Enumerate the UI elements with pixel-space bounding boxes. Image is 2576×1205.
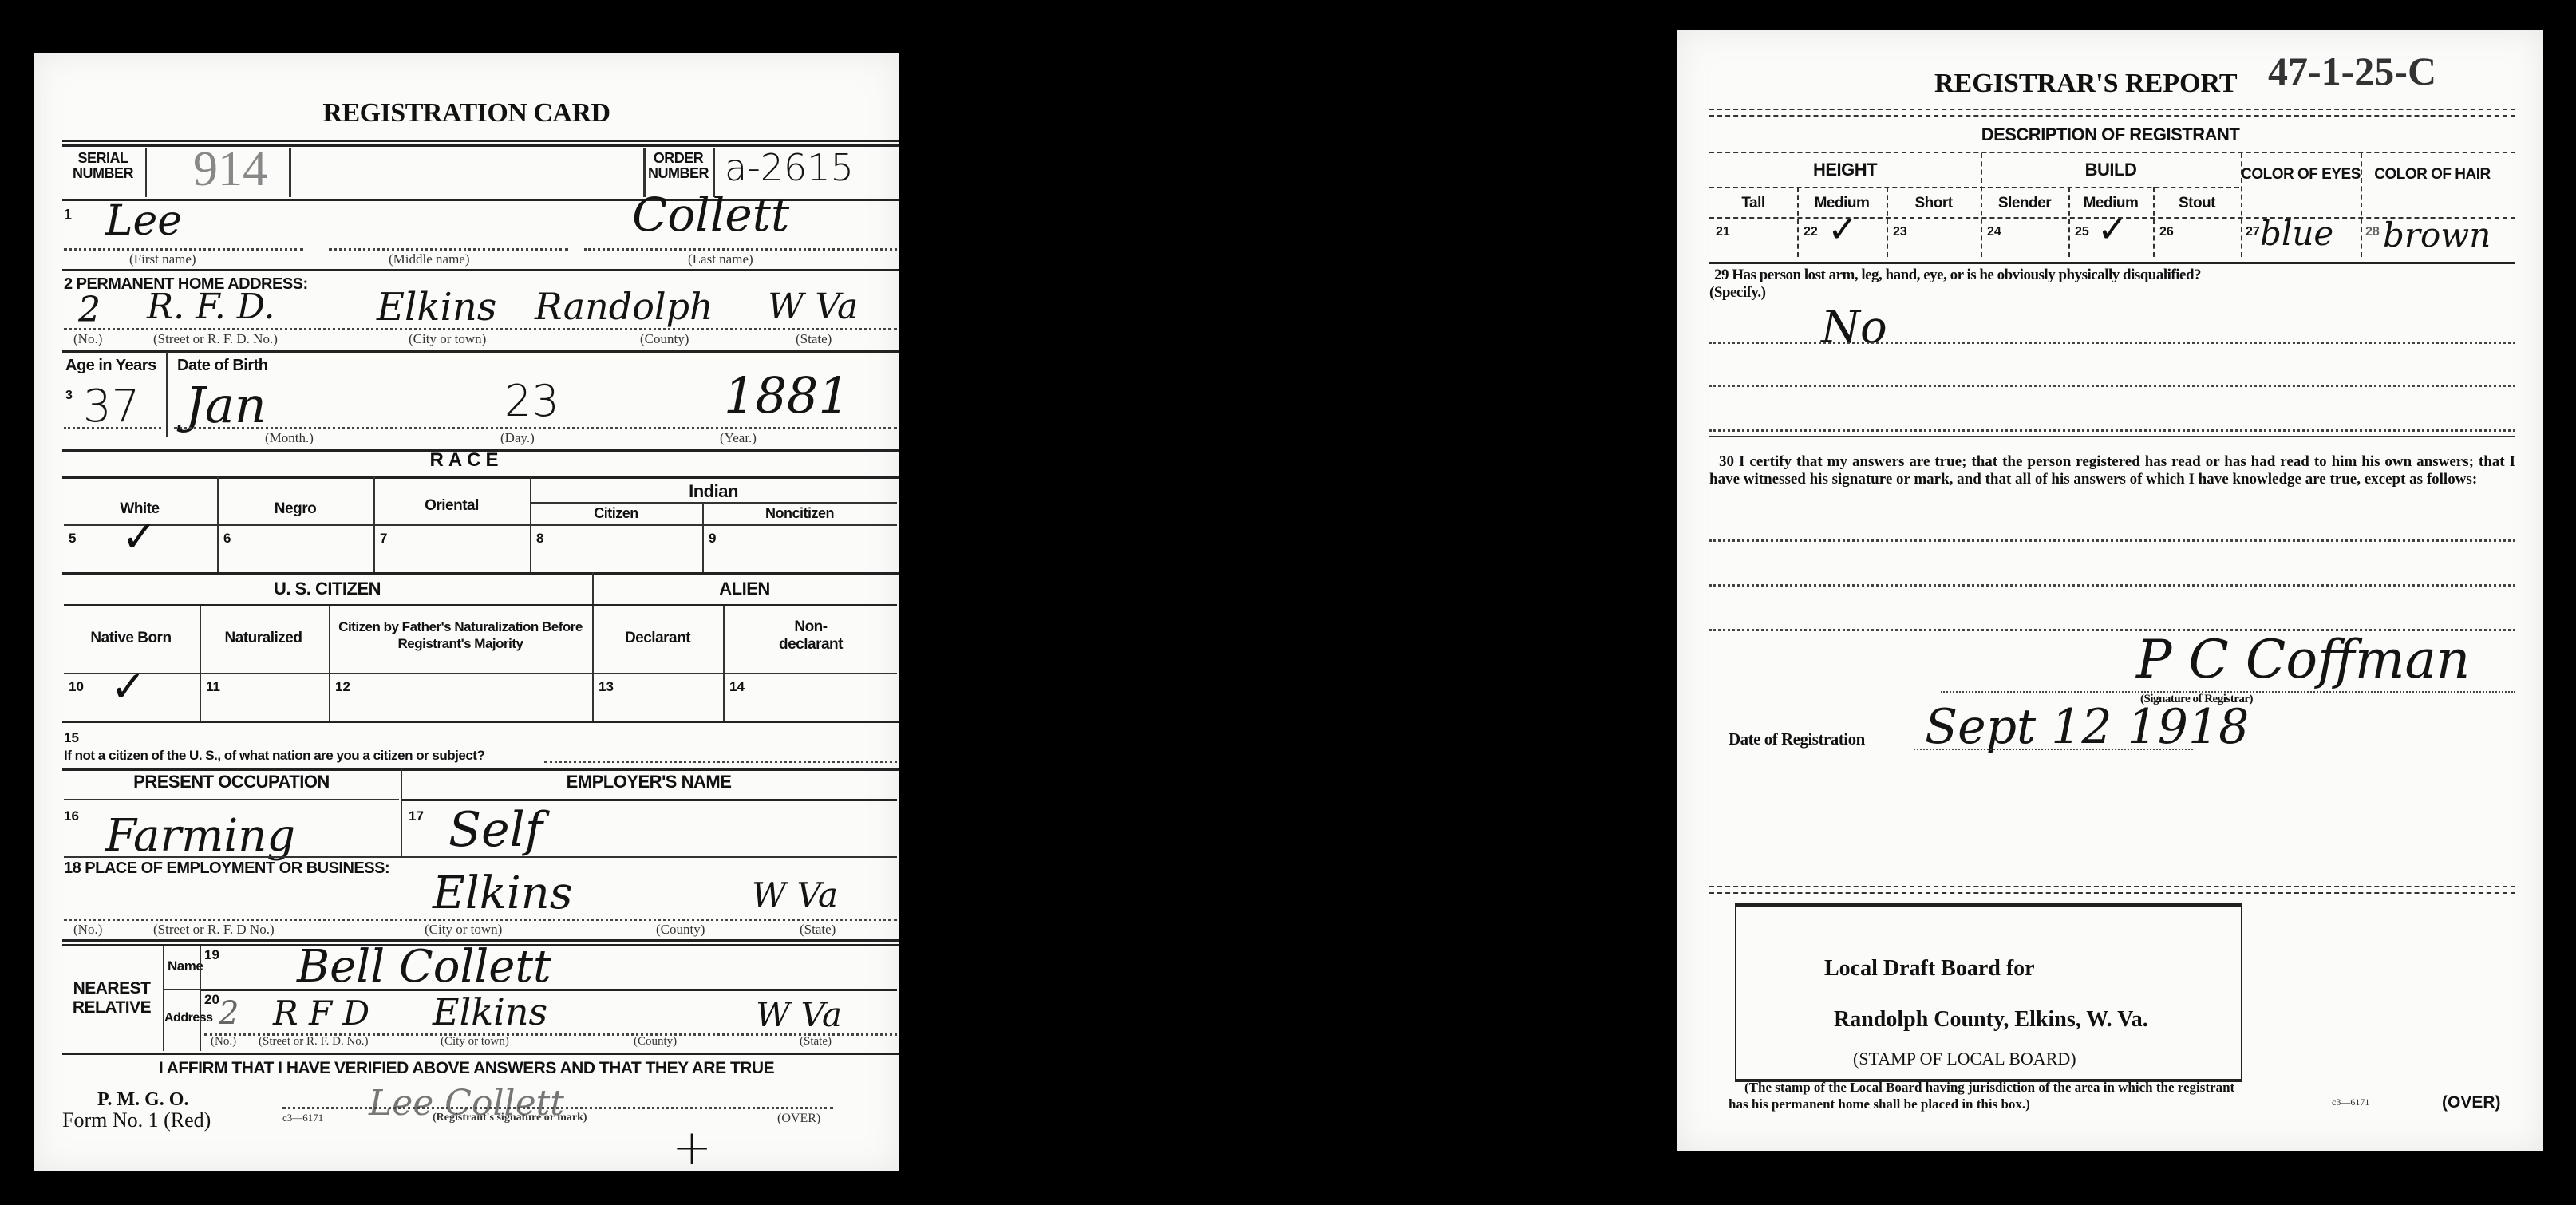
first-name-label: (First name)	[129, 251, 196, 267]
relative-address-street: R F D	[273, 994, 369, 1033]
employment-no-label: (No.)	[73, 922, 102, 938]
over-label: (OVER)	[777, 1112, 820, 1126]
employer-header: EMPLOYER'S NAME	[401, 772, 897, 792]
field-number: 25	[2075, 225, 2089, 239]
last-name-value: Collett	[632, 188, 789, 242]
address-no: 2	[78, 290, 101, 330]
occupation-value: Farming	[105, 810, 295, 862]
field-number: 12	[335, 679, 350, 695]
field-number: 26	[2159, 225, 2174, 239]
hair-color-value: brown	[2383, 215, 2491, 255]
print-code: c3—6171	[2332, 1096, 2369, 1108]
field-number: 1	[64, 207, 72, 223]
employment-county-label: (County)	[656, 922, 705, 938]
employment-place-label: 18 PLACE OF EMPLOYMENT OR BUSINESS:	[64, 859, 389, 878]
height-medium-checkmark: ✓	[1827, 207, 1859, 251]
last-name-label: (Last name)	[688, 251, 753, 267]
race-white-checkmark: ✓	[121, 512, 157, 562]
field-number: 11	[206, 679, 220, 695]
serial-number-value: 914	[193, 141, 267, 198]
question-30-text: 30 I certify that my answers are true; t…	[1709, 453, 2515, 488]
hair-color-header: COLOR OF HAIR	[2361, 166, 2504, 184]
address-county-label: (County)	[640, 331, 689, 347]
pmgo-label: P. M. G. O.	[97, 1089, 188, 1111]
relative-street-label: (Street or R. F. D. No.)	[259, 1035, 369, 1049]
stamp-label: (STAMP OF LOCAL BOARD)	[1853, 1049, 2076, 1069]
employment-street-label: (Street or R. F. D No.)	[153, 922, 275, 938]
citizenship-nation-label: If not a citizen of the U. S., of what n…	[64, 748, 484, 764]
relative-state-label: (State)	[800, 1035, 832, 1049]
employment-state: W Va	[752, 875, 838, 915]
registration-card: REGISTRATION CARD SERIAL NUMBER 914 ORDE…	[34, 53, 899, 1171]
race-col-indian-noncitizen: Noncitizen	[702, 505, 897, 522]
alien-header: ALIEN	[592, 579, 897, 599]
field-number: 19	[204, 947, 219, 963]
field-number: 20	[204, 992, 219, 1008]
description-header: DESCRIPTION OF REGISTRANT	[1677, 124, 2543, 145]
field-number: 3	[65, 389, 73, 403]
report-stamp-code: 47-1-25-C	[2268, 48, 2436, 94]
race-col-negro: Negro	[217, 500, 373, 518]
employment-city: Elkins	[433, 867, 572, 919]
dob-month-label: (Month.)	[265, 430, 314, 446]
report-title: REGISTRAR'S REPORT	[1934, 69, 2238, 99]
dob-day-label: (Day.)	[500, 430, 535, 446]
employment-state-label: (State)	[800, 922, 836, 938]
stamp-line-2: Randolph County, Elkins, W. Va.	[1834, 1007, 2148, 1033]
field-number: 23	[1893, 225, 1907, 239]
field-number: 6	[223, 531, 231, 547]
employer-value: Self	[448, 802, 543, 858]
relative-address-city: Elkins	[433, 990, 547, 1033]
relative-county-label: (County)	[634, 1035, 677, 1049]
age-value: 37	[83, 381, 140, 433]
address-state: W Va	[768, 286, 858, 327]
order-number-value: a-2615	[725, 146, 854, 189]
address-street: R. F. D.	[147, 286, 275, 327]
registrars-report-card: REGISTRAR'S REPORT 47-1-25-C DESCRIPTION…	[1677, 30, 2543, 1151]
field-number: 21	[1716, 225, 1730, 239]
field-number: 8	[536, 531, 543, 547]
address-state-label: (State)	[796, 331, 832, 347]
relative-city-label: (City or town)	[441, 1035, 509, 1049]
race-col-oriental: Oriental	[373, 497, 530, 515]
dob-day: 23	[504, 376, 559, 426]
stamp-note: (The stamp of the Local Board having jur…	[1729, 1079, 2255, 1112]
race-col-indian: Indian	[530, 481, 897, 502]
field-number: 14	[729, 679, 745, 695]
card-title: REGISTRATION CARD	[34, 98, 899, 128]
alien-col-declarant: Declarant	[592, 630, 723, 647]
relative-address-label: Address	[164, 1011, 213, 1025]
age-label: Age in Years	[65, 357, 156, 375]
field-number: 15	[64, 730, 79, 746]
address-city: Elkins	[377, 285, 496, 330]
field-number: 17	[409, 808, 424, 824]
us-citizen-header: U. S. CITIZEN	[64, 579, 591, 599]
citizen-col-naturalized: Naturalized	[200, 630, 327, 647]
citizen-col-native-born: Native Born	[64, 630, 198, 647]
question-29-answer: No	[1821, 302, 1887, 354]
height-header: HEIGHT	[1709, 160, 1981, 180]
nearest-relative-label: NEAREST RELATIVE	[64, 979, 160, 1017]
dob-year: 1881	[724, 366, 850, 425]
question-29-text: 29 Has person lost arm, leg, hand, eye, …	[1714, 267, 2201, 284]
build-header: BUILD	[1981, 160, 2241, 180]
alien-col-nondeclarant: Non-declarant	[763, 618, 859, 654]
registration-date-value: Sept 12 1918	[1925, 699, 2249, 755]
address-city-label: (City or town)	[409, 331, 486, 347]
address-no-label: (No.)	[73, 331, 102, 347]
address-street-label: (Street or R. F. D. No.)	[153, 331, 278, 347]
registrar-signature: P C Coffman	[2136, 629, 2470, 690]
signature-label: (Registrant's signature or mark)	[433, 1112, 587, 1124]
relative-name-value: Bell Collett	[297, 941, 551, 993]
print-code: c3—6171	[282, 1112, 323, 1124]
over-label: (OVER)	[2442, 1093, 2501, 1112]
field-number: 10	[69, 679, 84, 695]
stamp-line-1: Local Draft Board for	[1824, 956, 2035, 982]
race-col-indian-citizen: Citizen	[530, 505, 702, 522]
relative-name-label: Name	[168, 958, 203, 974]
dob-year-label: (Year.)	[720, 430, 757, 446]
eye-color-value: blue	[2260, 214, 2333, 253]
build-col-slender: Slender	[1981, 195, 2068, 212]
field-number: 27	[2246, 225, 2260, 239]
relative-no-label: (No.)	[211, 1035, 236, 1049]
height-col-tall: Tall	[1709, 195, 1797, 212]
field-number: 22	[1804, 225, 1818, 239]
field-number: 5	[69, 531, 76, 547]
form-number: Form No. 1 (Red)	[62, 1108, 211, 1132]
field-number: 7	[380, 531, 387, 547]
citizen-col-father-naturalization: Citizen by Father's Naturalization Befor…	[329, 618, 592, 652]
build-medium-checkmark: ✓	[2097, 207, 2128, 251]
build-col-stout: Stout	[2153, 195, 2241, 212]
native-born-checkmark: ✓	[110, 662, 146, 712]
dob-label: Date of Birth	[177, 357, 268, 375]
middle-name-label: (Middle name)	[389, 251, 470, 267]
field-number: 13	[599, 679, 614, 695]
height-col-short: Short	[1887, 195, 1981, 212]
relative-address-state: W Va	[756, 995, 842, 1034]
question-29-specify: (Specify.)	[1709, 284, 1765, 302]
field-number: 16	[64, 808, 79, 824]
relative-address-no: 2	[219, 995, 239, 1032]
employment-city-label: (City or town)	[425, 922, 502, 938]
field-number: 9	[709, 531, 716, 547]
field-number: 28	[2365, 225, 2380, 239]
address-county: Randolph	[535, 285, 713, 328]
race-header: RACE	[34, 449, 899, 472]
serial-number-label: SERIAL NUMBER	[67, 151, 139, 181]
dob-month: Jan	[185, 376, 267, 434]
affirmation-text: I AFFIRM THAT I HAVE VERIFIED ABOVE ANSW…	[34, 1059, 899, 1078]
registrant-mark: +	[672, 1120, 712, 1175]
field-number: 24	[1987, 225, 2001, 239]
eye-color-header: COLOR OF EYES	[2241, 166, 2361, 184]
first-name-value: Lee	[105, 197, 182, 245]
order-number-label: ORDER NUMBER	[646, 151, 710, 181]
occupation-header: PRESENT OCCUPATION	[64, 772, 399, 792]
registration-date-label: Date of Registration	[1729, 729, 1865, 749]
